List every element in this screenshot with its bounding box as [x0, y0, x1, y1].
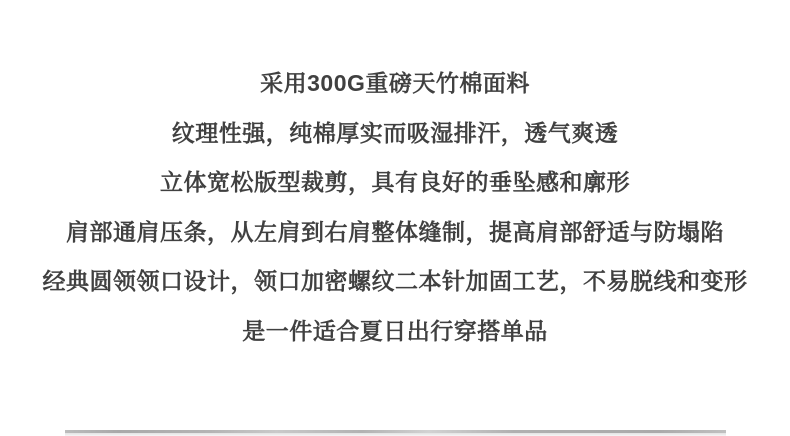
description-line: 是一件适合夏日出行穿搭单品 — [0, 307, 790, 357]
description-line: 立体宽松版型裁剪，具有良好的垂坠感和廓形 — [0, 158, 790, 208]
description-line: 纹理性强，纯棉厚实而吸湿排汗，透气爽透 — [0, 109, 790, 159]
description-line: 肩部通肩压条，从左肩到右肩整体缝制，提高肩部舒适与防塌陷 — [0, 208, 790, 258]
description-line: 经典圆领领口设计，领口加密螺纹二本针加固工艺，不易脱线和变形 — [0, 257, 790, 307]
product-description: 采用300G重磅天竹棉面料 纹理性强，纯棉厚实而吸湿排汗，透气爽透 立体宽松版型… — [0, 59, 790, 356]
description-line: 采用300G重磅天竹棉面料 — [0, 59, 790, 109]
